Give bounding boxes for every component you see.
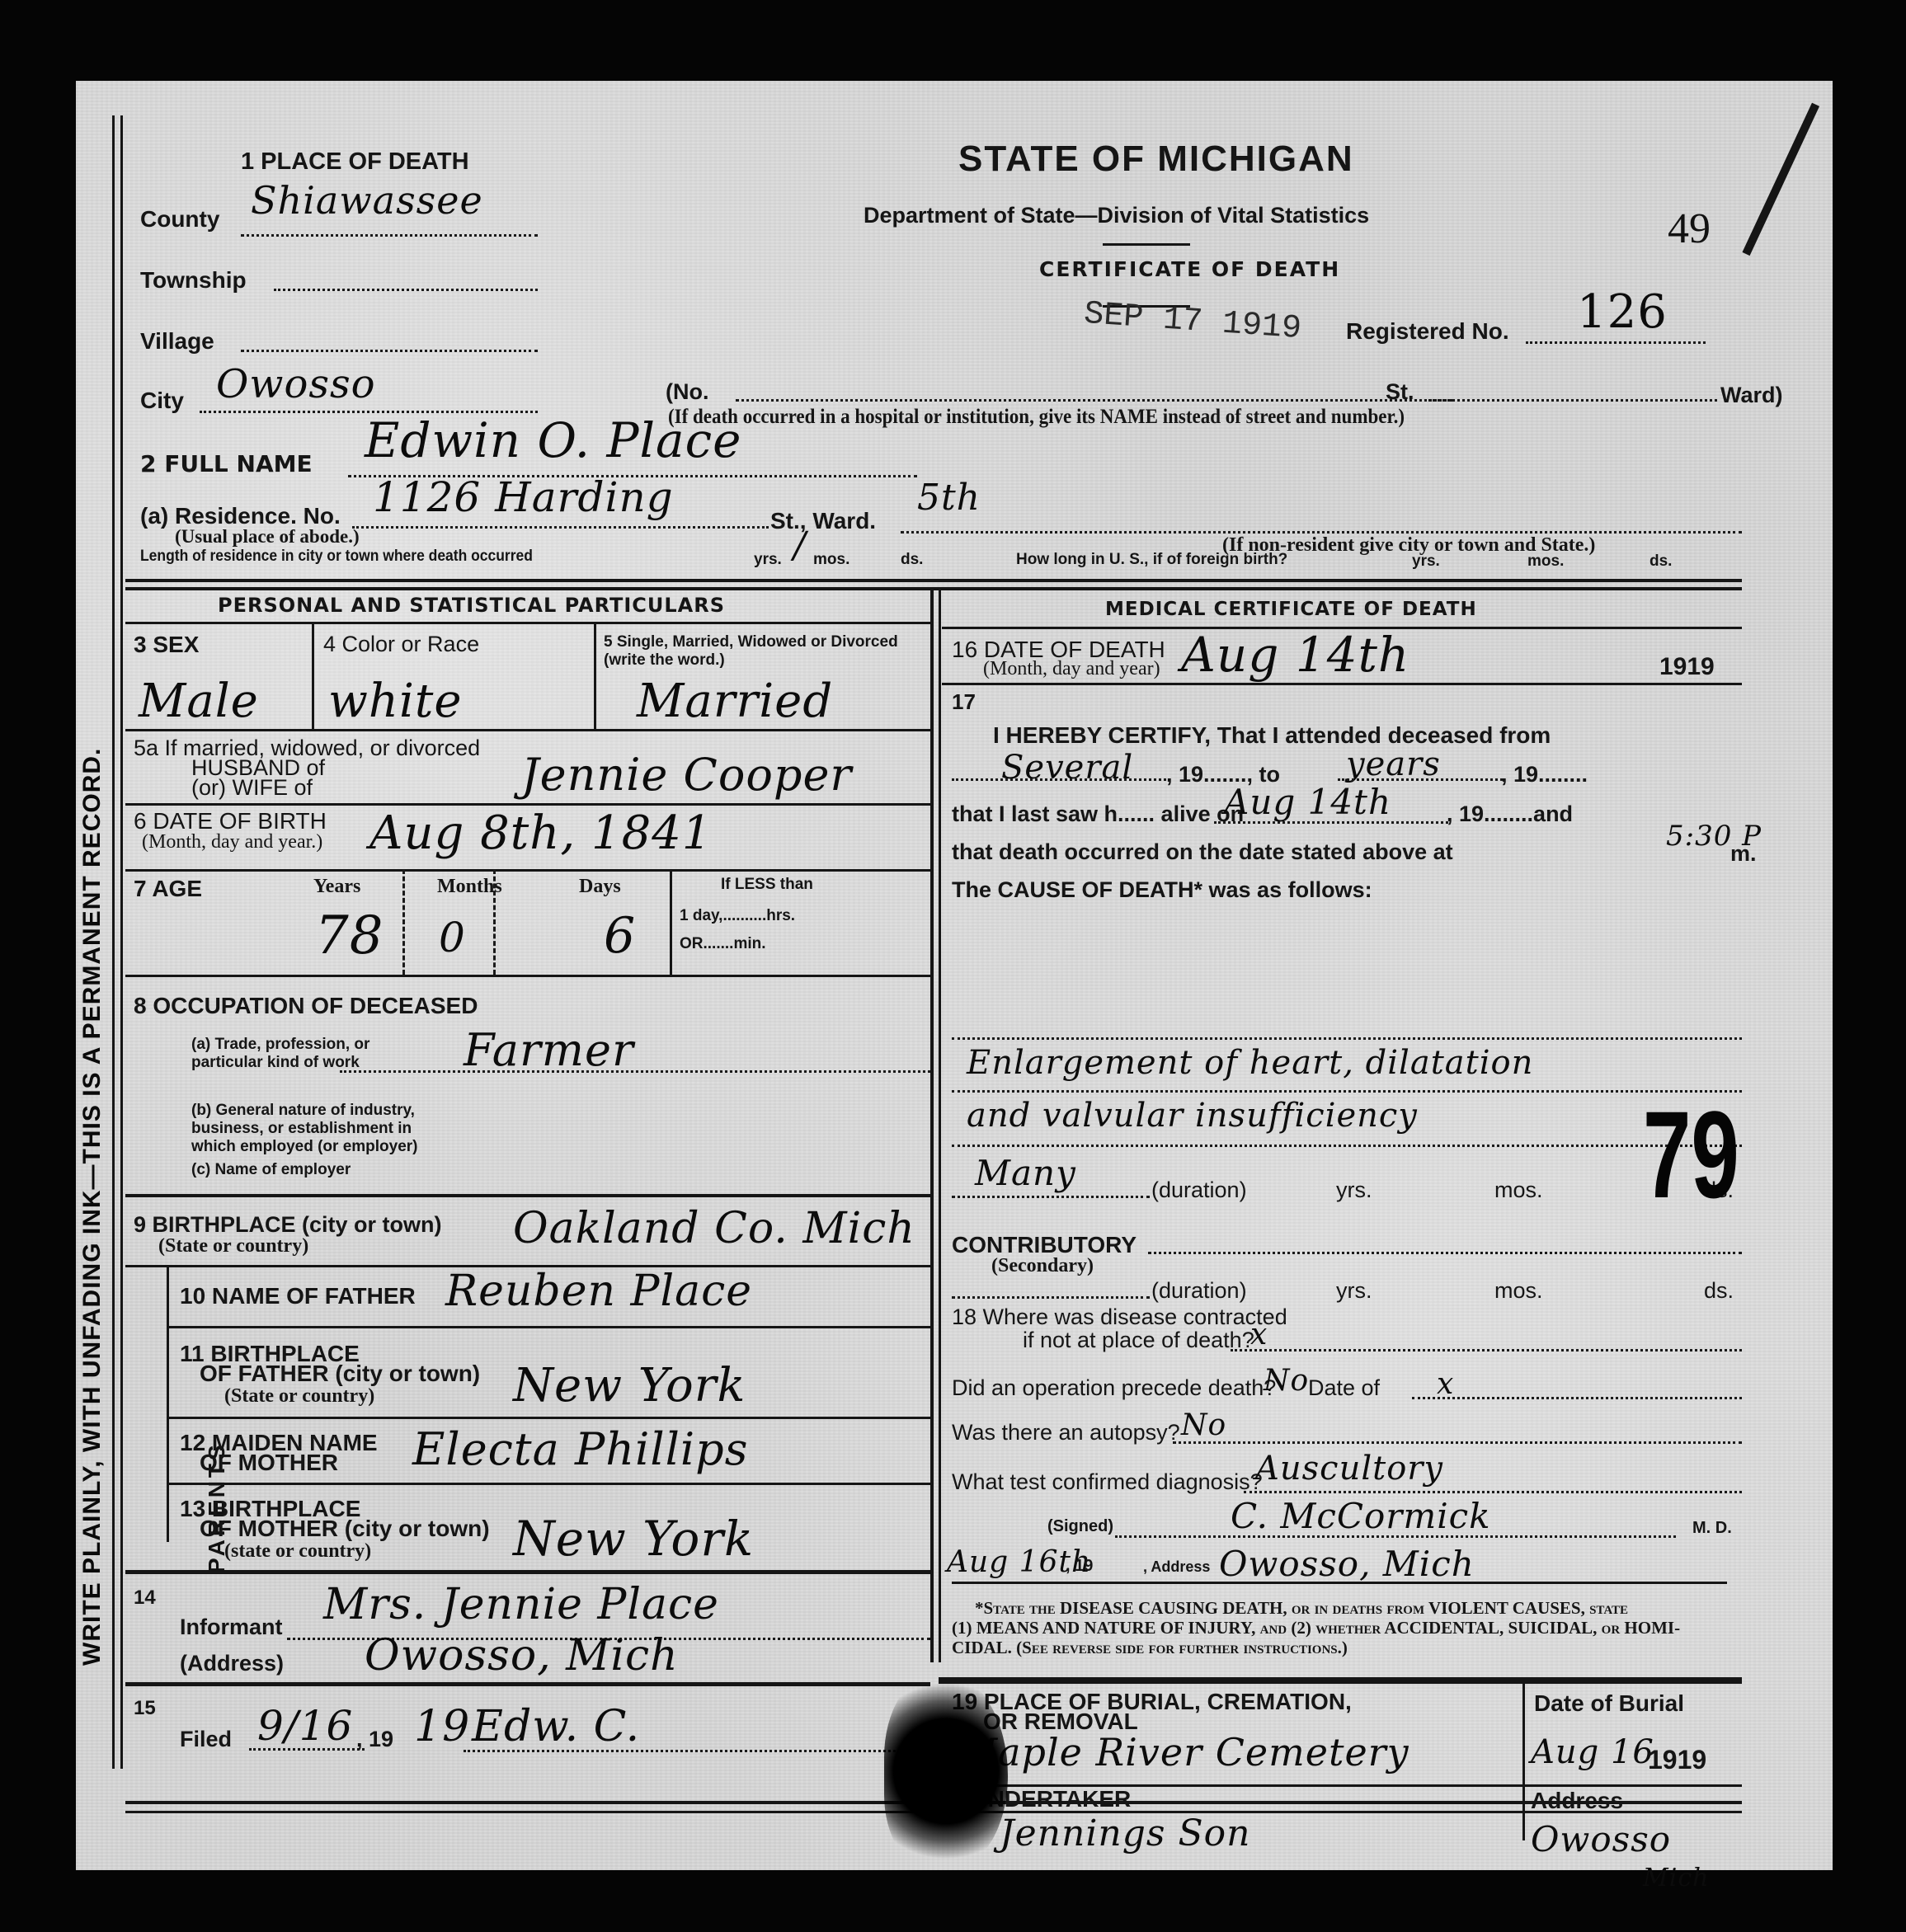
item-18-line: [1231, 1349, 1742, 1351]
row-rule: [939, 1677, 1742, 1684]
undertaker-address-value: Owosso: [1531, 1819, 1671, 1859]
ward-value: 5th: [917, 477, 981, 519]
marital-value: Married: [637, 675, 833, 728]
row-rule: [167, 1483, 930, 1485]
doctor-address-label: , Address: [1143, 1558, 1210, 1576]
industry-label-3: which employed (or employer): [191, 1138, 418, 1156]
age-months-label: Months: [437, 876, 502, 898]
us-ds-label: ds.: [1650, 552, 1672, 571]
signed-date-line: [952, 1582, 1727, 1584]
mother-label-2: OF MOTHER: [200, 1450, 338, 1476]
filed-year-value: 19: [414, 1702, 470, 1751]
burial-place-value: Maple River Cemetery: [958, 1730, 1409, 1775]
autopsy-label: Was there an autopsy?: [952, 1420, 1180, 1445]
cause-duration-value: Many: [975, 1153, 1076, 1193]
attended-from-line: [952, 778, 1166, 781]
place-of-death-heading: 1 PLACE OF DEATH: [241, 148, 469, 176]
row-rule: [125, 869, 930, 872]
item-17-number: 17: [952, 689, 976, 715]
certify-text: I HEREBY CERTIFY, That I attended deceas…: [993, 722, 1551, 749]
informant-number: 14: [134, 1586, 156, 1610]
mother-birthplace-value: New York: [513, 1511, 754, 1567]
age-years-value: 78: [315, 905, 384, 966]
village-line: [241, 350, 538, 352]
age-days-label: Days: [579, 876, 621, 898]
cause-line: [952, 1090, 1742, 1093]
us-residence-label: How long in U. S., if of foreign birth?: [1016, 551, 1287, 569]
registered-no-label: Registered No.: [1346, 318, 1509, 345]
dod-sublabel: (Month, day and year): [983, 658, 1160, 680]
row-rule: [125, 803, 930, 806]
dob-sublabel: (Month, day and year.): [142, 831, 322, 853]
dod-year: 1919: [1659, 653, 1715, 681]
informant-address-value: Owosso, Mich: [365, 1631, 679, 1681]
test-label: What test confirmed diagnosis?: [952, 1469, 1263, 1495]
age-months-value: 0: [439, 914, 466, 961]
left-border-line: [120, 115, 123, 1769]
township-line: [274, 289, 538, 291]
ward-line: [1428, 399, 1717, 402]
race-value: white: [328, 675, 463, 728]
row-rule: [125, 1682, 930, 1686]
length-mos-mark: /: [793, 524, 807, 566]
section-rule: [125, 587, 1742, 590]
residence-line: [352, 526, 769, 529]
cause-line: [952, 1145, 1742, 1147]
item-18-value: x: [1250, 1318, 1268, 1351]
row-rule: [167, 1417, 930, 1419]
trade-value: Farmer: [464, 1024, 634, 1076]
row-rule: [125, 622, 930, 624]
file-number: 49: [1668, 204, 1711, 253]
hospital-note: (If death occurred in a hospital or inst…: [668, 406, 1405, 429]
personal-section-title: PERSONAL AND STATISTICAL PARTICULARS: [218, 594, 725, 617]
footnote-line-2: (1) MEANS AND NATURE OF INJURY, and (2) …: [952, 1618, 1680, 1638]
registrar-line: [464, 1750, 930, 1752]
full-name-value: Edwin O. Place: [365, 412, 741, 468]
county-line: [241, 234, 538, 237]
column-divider: [930, 590, 934, 1662]
last-saw-label: that I last saw h...... alive on: [952, 801, 1244, 827]
last-saw-year-label: , 19........and: [1447, 801, 1573, 827]
medical-section-title: MEDICAL CERTIFICATE OF DEATH: [1105, 599, 1477, 620]
dob-value: Aug 8th, 1841: [369, 806, 712, 860]
dod-value: Aug 14th: [1181, 627, 1409, 683]
operation-date-label: Date of: [1308, 1375, 1380, 1401]
father-birthplace-value: New York: [513, 1359, 746, 1413]
residence-value: 1126 Harding: [373, 473, 674, 521]
time-suffix: m.: [1730, 841, 1757, 867]
operation-date-value: x: [1437, 1367, 1454, 1401]
undertaker-address-label: Address: [1531, 1788, 1623, 1814]
occupation-label: 8 OCCUPATION OF DECEASED: [134, 993, 478, 1019]
duration-yrs-label: yrs.: [1336, 1178, 1372, 1203]
industry-label-1: (b) General nature of industry,: [191, 1102, 415, 1120]
item-18-label-1: 18 Where was disease contracted: [952, 1304, 1287, 1330]
burial-year: 1919: [1648, 1745, 1706, 1775]
registered-no-value: 126: [1577, 285, 1668, 339]
ward-label: Ward): [1720, 383, 1783, 408]
row-rule: [167, 1326, 930, 1328]
village-label: Village: [140, 328, 214, 355]
signed-label: (Signed): [1047, 1517, 1113, 1536]
age-years-label: Years: [313, 876, 360, 898]
full-name-label: 2 FULL NAME: [140, 450, 313, 477]
street-no-line: [736, 399, 1453, 402]
spouse-label-3: (or) WIFE of: [191, 775, 313, 801]
industry-label-2: business, or establishment in: [191, 1120, 412, 1138]
trade-label-1: (a) Trade, profession, or: [191, 1036, 369, 1054]
row-rule: [125, 975, 930, 977]
contributory-line: [1148, 1252, 1742, 1254]
mother-value: Electa Phillips: [412, 1423, 748, 1475]
age-divider: [402, 869, 405, 975]
father-label: 10 NAME OF FATHER: [180, 1283, 416, 1309]
autopsy-value: No: [1181, 1408, 1226, 1442]
cause-value-2: and valvular insufficiency: [967, 1097, 1418, 1135]
st-ward-label: St., Ward.: [770, 508, 876, 534]
registrar-signature: Edw. C.: [472, 1702, 640, 1751]
duration-line: [952, 1196, 1150, 1198]
operation-date-line: [1412, 1397, 1742, 1399]
row-rule: [125, 1194, 930, 1197]
to-year-label: , 19........: [1501, 762, 1588, 787]
length-of-residence-label: Length of residence in city or town wher…: [140, 548, 533, 566]
age-label: 7 AGE: [134, 876, 202, 902]
mother-birthplace-label-2: OF MOTHER (city or town): [200, 1516, 490, 1542]
header-rule: [1103, 243, 1190, 246]
footnote-line-3: CIDAL. (See reverse side for further ins…: [952, 1638, 1348, 1658]
burial-date-value: Aug 16: [1531, 1733, 1654, 1771]
filed-label: Filed: [180, 1727, 232, 1752]
occurred-label: that death occurred on the date stated a…: [952, 839, 1453, 865]
age-divider: [493, 869, 496, 975]
duration-label: (duration): [1151, 1178, 1247, 1203]
trade-label-2: particular kind of work: [191, 1054, 360, 1072]
birthplace-label: 9 BIRTHPLACE (city or town): [134, 1212, 442, 1238]
autopsy-line: [1173, 1441, 1742, 1444]
birthplace-value: Oakland Co. Mich: [513, 1204, 915, 1253]
attended-to-line: [1338, 778, 1503, 781]
doctor-address-value: Owosso, Mich: [1219, 1544, 1475, 1584]
column-divider: [939, 590, 941, 1662]
duration-mos-label-2: mos.: [1494, 1278, 1543, 1304]
margin-instruction: WRITE PLAINLY, WITH UNFADING INK—THIS IS…: [78, 748, 106, 1666]
street-no-label: (No.: [666, 379, 708, 405]
filed-number: 15: [134, 1697, 156, 1720]
undertaker-value: Jennings Son: [1000, 1812, 1250, 1854]
length-ds-label: ds.: [901, 551, 923, 569]
informant-address-label: (Address): [180, 1651, 284, 1676]
check-mark: [1742, 103, 1819, 256]
section-rule: [125, 579, 1742, 582]
operation-label: Did an operation precede death?: [952, 1375, 1276, 1401]
race-label: 4 Color or Race: [323, 632, 479, 657]
marital-label: 5 Single, Married, Widowed or Divorced (…: [604, 633, 917, 670]
cause-value-1: Enlargement of heart, dilatation: [967, 1044, 1533, 1082]
st-label: St.: [1386, 379, 1414, 405]
residence-sublabel: (Usual place of abode.): [175, 526, 360, 548]
signature-line: [1115, 1535, 1676, 1538]
mother-birthplace-label-3: (state or country): [224, 1540, 371, 1563]
father-value: Reuben Place: [445, 1267, 752, 1316]
registered-no-line: [1526, 341, 1706, 344]
row-rule: [125, 1570, 930, 1574]
contributory-sublabel: (Secondary): [991, 1255, 1094, 1277]
trade-line: [340, 1070, 930, 1073]
father-birthplace-label-2: OF FATHER (city or town): [200, 1361, 480, 1387]
left-border-line: [112, 115, 115, 1769]
less-than-label: If LESS than: [721, 876, 813, 894]
father-birthplace-label-3: (State or country): [224, 1385, 374, 1408]
row-rule: [125, 729, 930, 731]
test-line: [1244, 1491, 1742, 1493]
age-divider: [670, 869, 672, 975]
age-days-value: 6: [604, 907, 636, 965]
county-value: Shiawassee: [251, 178, 483, 223]
duration-yrs-label-2: yrs.: [1336, 1278, 1372, 1304]
row-rule: [942, 683, 1742, 685]
item-18-label-2: if not at place of death?: [1023, 1328, 1254, 1353]
birthplace-sublabel: (State or country): [158, 1235, 308, 1257]
state-title: STATE OF MICHIGAN: [958, 139, 1354, 180]
less-or-label: OR.......min.: [680, 935, 766, 953]
spouse-value: Jennie Cooper: [521, 749, 852, 801]
informant-label: Informant: [180, 1615, 283, 1640]
department-title: Department of State—Division of Vital St…: [864, 203, 1369, 228]
city-label: City: [140, 388, 184, 414]
attended-from-value: Several: [1001, 749, 1133, 787]
sex-label: 3 SEX: [134, 632, 199, 658]
md-label: M. D.: [1692, 1519, 1732, 1538]
received-stamp: SEP 17 1919: [1083, 296, 1303, 348]
footnote-line-1: *State the DISEASE CAUSING DEATH, or in …: [975, 1598, 1628, 1619]
length-mos-label: mos.: [813, 551, 849, 569]
city-value: Owosso: [216, 361, 376, 407]
last-saw-value: Aug 14th: [1224, 782, 1391, 822]
township-label: Township: [140, 267, 247, 294]
parents-divider: [167, 1265, 169, 1542]
burial-date-label: Date of Burial: [1534, 1690, 1684, 1717]
signed-year-label: , 19: [1066, 1557, 1093, 1576]
operation-value: No: [1264, 1364, 1309, 1398]
certificate-title: CERTIFICATE OF DEATH: [1039, 257, 1340, 281]
undertaker-address-line2: Mich: [1643, 1864, 1709, 1892]
duration-label-2: (duration): [1151, 1278, 1247, 1304]
burial-divider: [1522, 1684, 1525, 1840]
us-yrs-label: yrs.: [1412, 552, 1440, 571]
duration-line: [952, 1296, 1150, 1299]
informant-value: Mrs. Jennie Place: [323, 1580, 719, 1629]
margin-code: 79: [1643, 1084, 1739, 1226]
cause-label: The CAUSE OF DEATH* was as follows:: [952, 877, 1372, 903]
duration-ds-label-2: ds.: [1704, 1278, 1734, 1304]
filed-date-line: [249, 1748, 365, 1751]
ward-value-line: [901, 531, 1742, 534]
cell-divider: [594, 622, 596, 729]
cause-line: [952, 1037, 1742, 1040]
filed-year-prefix: , 19: [356, 1727, 393, 1752]
employer-label: (c) Name of employer: [191, 1161, 351, 1179]
cell-divider: [312, 622, 314, 729]
death-certificate: 1 PLACE OF DEATH County Shiawassee Towns…: [76, 81, 1833, 1870]
us-mos-label: mos.: [1527, 552, 1564, 571]
test-value: Auscultory: [1255, 1450, 1443, 1488]
length-yrs-label: yrs.: [754, 551, 782, 569]
filed-date-value: 9/16: [257, 1702, 353, 1750]
physician-signature: C. McCormick: [1231, 1496, 1491, 1536]
county-label: County: [140, 206, 219, 233]
duration-mos-label: mos.: [1494, 1178, 1543, 1203]
sex-value: Male: [139, 675, 259, 728]
last-saw-line: [1214, 821, 1448, 824]
less-day-label: 1 day,..........hrs.: [680, 907, 795, 925]
